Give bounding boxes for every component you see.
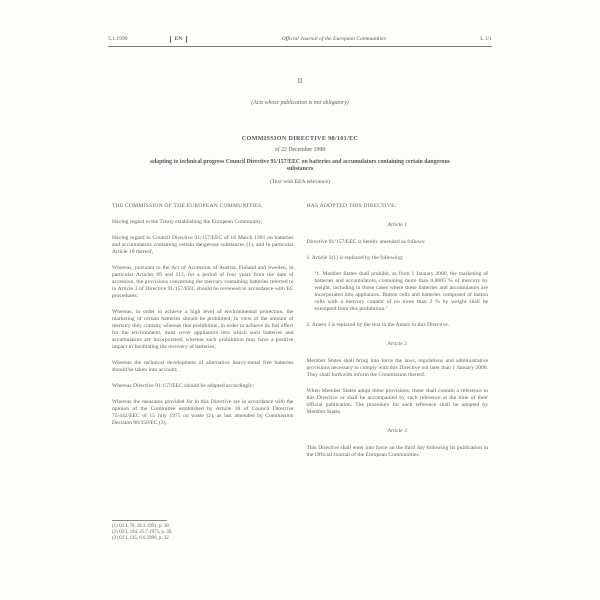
header-journal-title: Official Journal of the European Communi…: [187, 36, 480, 43]
eea-relevance-note: (Text with EEA relevance): [120, 179, 480, 186]
recital-paragraph: Whereas, pursuant to the Act of Accessio…: [112, 265, 294, 300]
section-subtitle: (Acts whose publication is not obligator…: [0, 100, 600, 107]
page-header: 5.1.1999 EN Official Journal of the Euro…: [108, 36, 492, 43]
article-2-paragraph: Member States shall bring into force the…: [307, 358, 489, 379]
preamble-opening: THE COMMISSION OF THE EUROPEAN COMMUNITI…: [112, 203, 294, 210]
article-3-heading: Article 3: [307, 428, 489, 435]
section-numeral: II: [0, 77, 600, 85]
amendment-item-2: 2. Annex I is replaced by the text in th…: [307, 322, 489, 329]
article-1-heading: Article 1: [307, 222, 489, 229]
quoted-provision: ‘1. Member States shall prohibit, as fro…: [315, 271, 489, 313]
directive-date: of 22 December 1998: [120, 147, 480, 154]
article-2-heading: Article 2: [307, 341, 489, 348]
recital-paragraph: Whereas the technical development of alt…: [112, 360, 294, 374]
footnote: (3) OJ L 135, 6.6.1996, p. 32.: [112, 536, 282, 542]
header-page-reference: L 1/1: [480, 36, 492, 43]
enacting-formula: HAS ADOPTED THIS DIRECTIVE:: [307, 203, 489, 210]
article-3-paragraph: This Directive shall enter into force on…: [307, 445, 489, 459]
recital-paragraph: Having regard to the Treaty establishing…: [112, 219, 294, 226]
body-columns: THE COMMISSION OF THE EUROPEAN COMMUNITI…: [112, 203, 488, 468]
recital-paragraph: Whereas Directive 91/157/EEC should be a…: [112, 383, 294, 390]
left-column: THE COMMISSION OF THE EUROPEAN COMMUNITI…: [112, 203, 294, 468]
document-page: 5.1.1999 EN Official Journal of the Euro…: [0, 0, 600, 600]
header-date: 5.1.1999: [108, 36, 128, 43]
title-block: COMMISSION DIRECTIVE 98/101/EC of 22 Dec…: [120, 135, 480, 186]
header-language-code: EN: [170, 36, 188, 43]
footnotes-block: (1) OJ L 78, 26.3.1991, p. 38. (2) OJ L …: [112, 520, 282, 542]
right-column: HAS ADOPTED THIS DIRECTIVE: Article 1 Di…: [307, 203, 489, 468]
footnote-rule: [112, 520, 167, 521]
recital-paragraph: Whereas the measures provided for in thi…: [112, 399, 294, 427]
amendment-item-1: 1. Article 3(1) is replaced by the follo…: [307, 255, 489, 262]
article-2-paragraph: When Member States adopt these provision…: [307, 388, 489, 416]
directive-subject: adapting to technical progress Council D…: [140, 159, 460, 173]
directive-title: COMMISSION DIRECTIVE 98/101/EC: [120, 135, 480, 143]
article-1-intro: Directive 91/157/EEC is hereby amended a…: [307, 239, 489, 246]
recital-paragraph: Whereas, in order to achieve a high leve…: [112, 309, 294, 351]
header-rule: [108, 46, 492, 47]
recital-paragraph: Having regard to Council Directive 91/15…: [112, 235, 294, 256]
